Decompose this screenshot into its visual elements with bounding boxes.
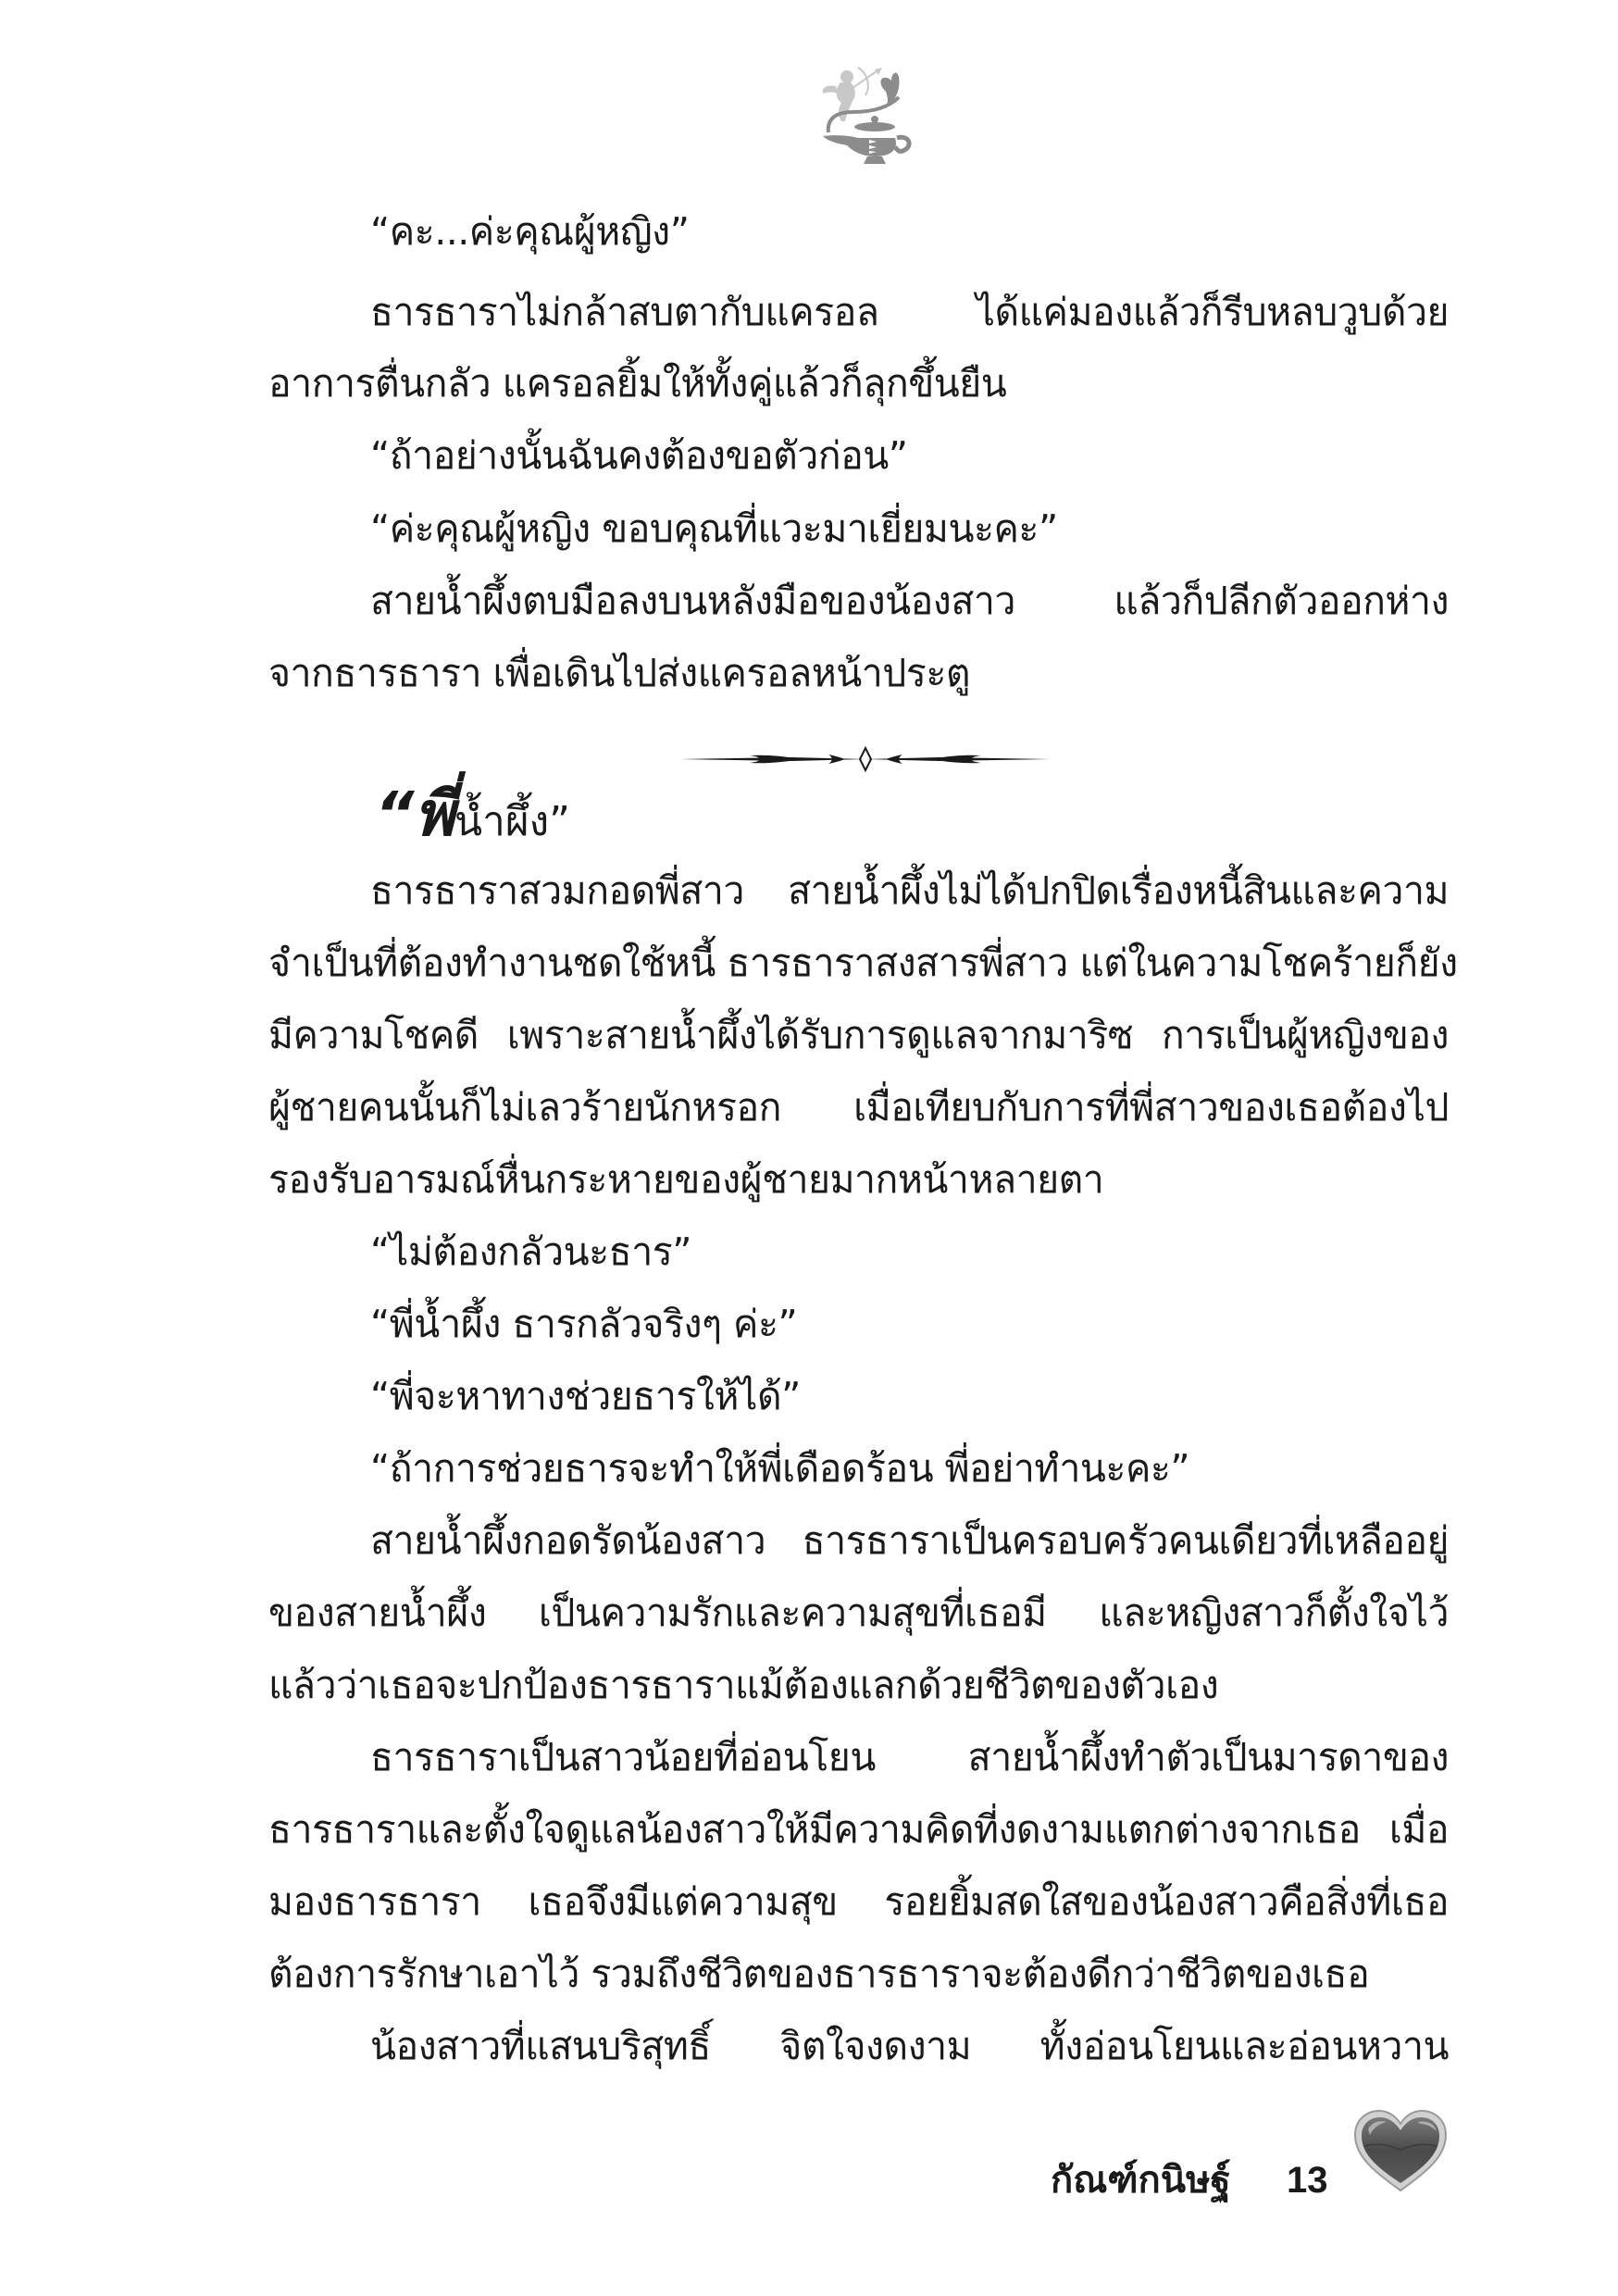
paragraph-line: แล้วว่าเธอจะปกป้องธารธาราแม้ต้องแลกด้วยช…: [268, 1657, 1218, 1713]
paragraph-line: สายน้ำผึ้งตบมือลงบนหลังมือของน้องสาว แล้…: [370, 573, 1449, 629]
page-number: 13: [1287, 2152, 1328, 2208]
paragraph-line: น้องสาวที่แสนบริสุทธิ์ จิตใจงดงาม ทั้งอ่…: [370, 2018, 1449, 2074]
heading-first-word: พี่: [415, 779, 455, 850]
paragraph-line: “ค่ะคุณผู้หญิง ขอบคุณที่แวะมาเยี่ยมนะคะ”: [370, 501, 1058, 556]
cupid-genie-lamp-icon: [810, 60, 926, 167]
paragraph-line: รองรับอารมณ์หื่นกระหายของผู้ชายมากหน้าหล…: [268, 1152, 1103, 1207]
paragraph-line: มีความโชคดี เพราะสายน้ำผึ้งได้รับการดูแล…: [268, 1007, 1449, 1063]
heart-icon: [1353, 2109, 1448, 2194]
paragraph-line: ของสายน้ำผึ้ง เป็นความรักและความสุขที่เธ…: [268, 1585, 1449, 1641]
dialogue-line: “ถ้าการช่วยธารจะทำให้พี่เดือดร้อน พี่อย่…: [370, 1441, 1189, 1496]
ornamental-divider-icon: [680, 745, 1051, 773]
paragraph-line: ธารธาราสวมกอดพี่สาว สายน้ำผึ้งไม่ได้ปกปิ…: [370, 863, 1449, 918]
paragraph-line: มองธารธารา เธอจึงมีแต่ความสุข รอยยิ้มสดใ…: [268, 1874, 1449, 1929]
paragraph-line: สายน้ำผึ้งกอดรัดน้องสาว ธารธาราเป็นครอบค…: [370, 1513, 1449, 1568]
heading-open-quote: “: [375, 779, 415, 850]
paragraph-line: จำเป็นที่ต้องทำงานชดใช้หนี้ ธารธาราสงสาร…: [268, 935, 1449, 991]
scene-heading: “พี่น้ำผึ้ง”: [375, 782, 570, 855]
paragraph-line: ต้องการรักษาเอาไว้ รวมถึงชีวิตของธารธารา…: [268, 1946, 1369, 2002]
dialogue-line: “พี่น้ำผึ้ง ธารกลัวจริงๆ ค่ะ”: [370, 1296, 797, 1352]
paragraph-line: ธารธาราไม่กล้าสบตากับแครอล ได้แค่มองแล้ว…: [370, 284, 1449, 340]
book-title: กัณฑ์กนิษฐ์: [1051, 2152, 1231, 2208]
paragraph-line: “คะ...ค่ะคุณผู้หญิง”: [370, 204, 689, 259]
dialogue-line: “ไม่ต้องกลัวนะธาร”: [370, 1224, 691, 1279]
paragraph-line: จากธารธารา เพื่อเดินไปส่งแครอลหน้าประตู: [268, 645, 970, 701]
paragraph-line: ผู้ชายคนนั้นก็ไม่เลวร้ายนักหรอก เมื่อเที…: [268, 1079, 1449, 1135]
dialogue-line: “พี่จะหาทางช่วยธารให้ได้”: [370, 1368, 801, 1424]
paragraph-line: ธารธาราและตั้งใจดูแลน้องสาวให้มีความคิดท…: [268, 1802, 1449, 1857]
heading-rest: น้ำผึ้ง”: [454, 798, 570, 845]
paragraph-line: อาการตื่นกลัว แครอลยิ้มให้ทั้งคู่แล้วก็ล…: [268, 356, 1006, 411]
paragraph-line: “ถ้าอย่างนั้นฉันคงต้องขอตัวก่อน”: [370, 428, 908, 483]
paragraph-line: ธารธาราเป็นสาวน้อยที่อ่อนโยน สายน้ำผึ้งท…: [370, 1729, 1449, 1785]
